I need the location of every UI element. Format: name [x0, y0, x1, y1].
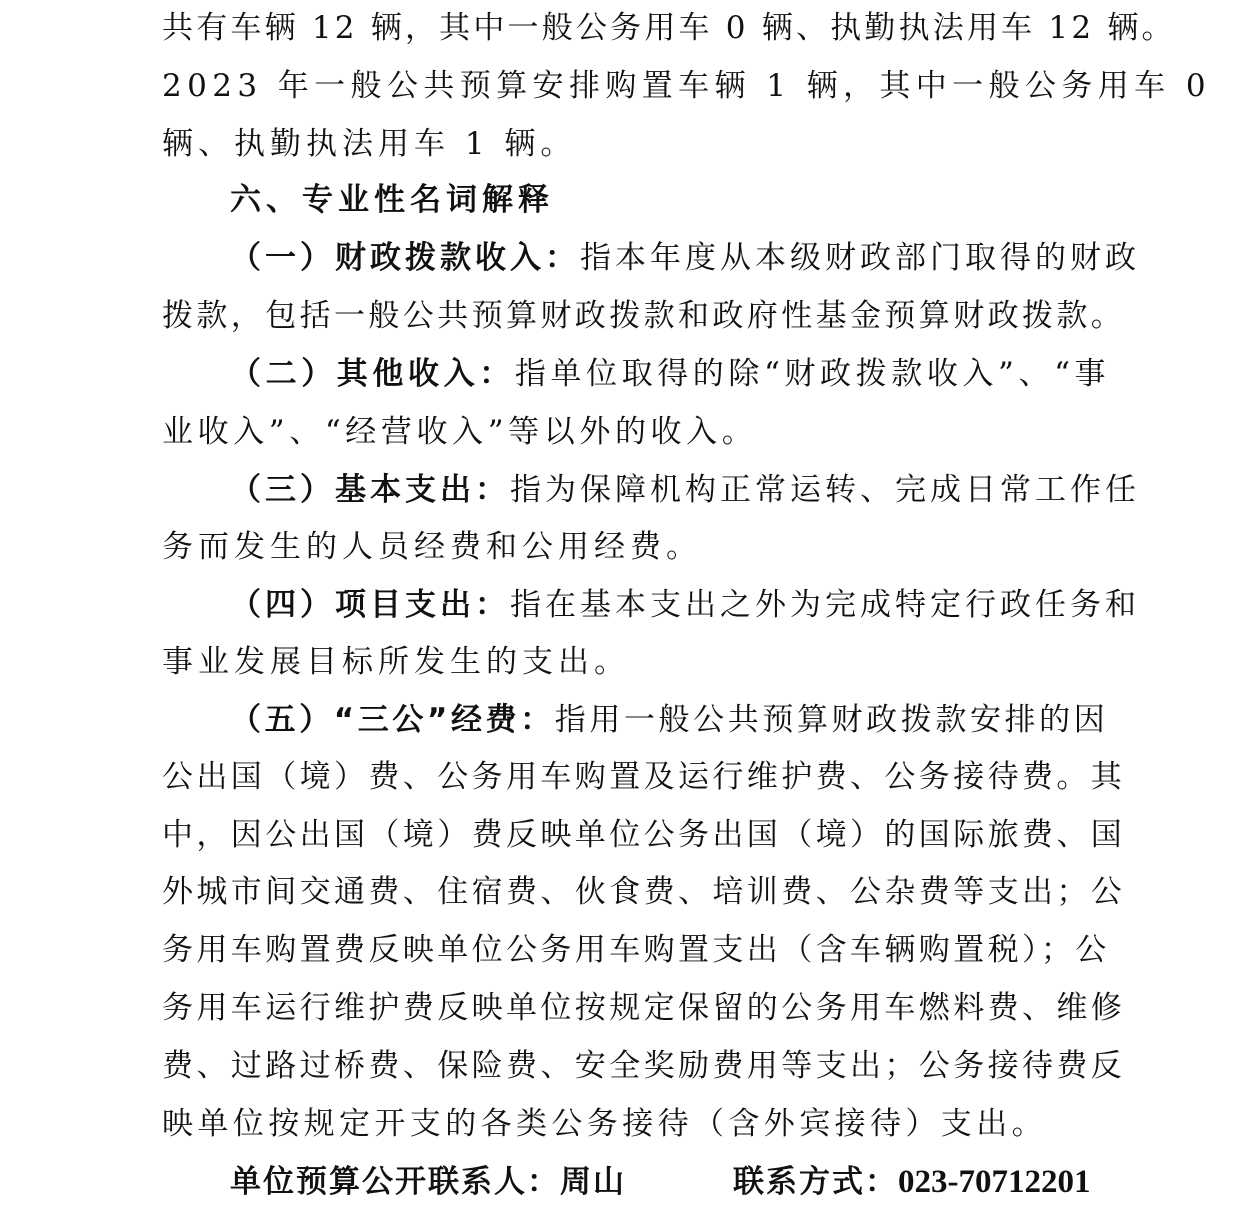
term-5-line-6: 务用车运行维护费反映单位按规定保留的公务用车燃料费、维修	[162, 988, 1080, 1028]
text-line: 共有车辆 12 辆，其中一般公务用车 0 辆、执勤执法用车 12 辆。	[162, 8, 1080, 48]
contact-name: 周山	[560, 1164, 626, 1200]
term-text: 拨款，包括一般公共预算财政拨款和政府性基金预算财政拨款。	[162, 296, 1125, 336]
section-heading-text: 六、专业性名词解释	[230, 180, 554, 220]
term-5-line-8: 映单位按规定开支的各类公务接待（含外宾接待）支出。	[162, 1104, 1080, 1144]
term-5-line-7: 费、过路过桥费、保险费、安全奖励费用等支出；公务接待费反	[162, 1046, 1080, 1086]
term-label: （一）财政拨款收入：	[230, 240, 580, 276]
term-text: 映单位按规定开支的各类公务接待（含外宾接待）支出。	[162, 1104, 1047, 1144]
term-label: （二）其他收入：	[230, 356, 515, 392]
term-text: 务而发生的人员经费和公用经费。	[162, 527, 702, 567]
term-text: 指在基本支出之外为完成特定行政任务和	[510, 587, 1140, 623]
text-line: 辆、执勤执法用车 1 辆。	[162, 124, 1080, 164]
term-3-line-1: （三）基本支出：指为保障机构正常运转、完成日常工作任	[230, 470, 1080, 510]
term-text: 中，因公出国（境）费反映单位公务出国（境）的国际旅费、国	[162, 815, 1125, 855]
term-text: 务用车购置费反映单位公务用车购置支出（含车辆购置税）；公	[162, 930, 1110, 970]
term-5-line-3: 中，因公出国（境）费反映单位公务出国（境）的国际旅费、国	[162, 815, 1080, 855]
contact-label: 单位预算公开联系人：	[230, 1164, 560, 1200]
term-4-line-1: （四）项目支出：指在基本支出之外为完成特定行政任务和	[230, 585, 1080, 625]
term-text: 务用车运行维护费反映单位按规定保留的公务用车燃料费、维修	[162, 988, 1125, 1028]
contact-phone: 联系方式：023-70712201	[733, 1162, 1091, 1202]
term-4-line-2: 事业发展目标所发生的支出。	[162, 642, 1080, 682]
term-text: 指单位取得的除“财政拨款收入”、“事	[515, 356, 1110, 392]
term-text: 指为保障机构正常运转、完成日常工作任	[510, 472, 1140, 508]
paragraph-text: 辆、执勤执法用车 1 辆。	[162, 124, 576, 164]
term-5-line-2: 公出国（境）费、公务用车购置及运行维护费、公务接待费。其	[162, 757, 1080, 797]
term-text: 事业发展目标所发生的支出。	[162, 642, 630, 682]
term-label: （三）基本支出：	[230, 472, 510, 508]
paragraph-text: 共有车辆 12 辆，其中一般公务用车 0 辆、执勤执法用车 12 辆。	[162, 8, 1176, 48]
term-5-line-5: 务用车购置费反映单位公务用车购置支出（含车辆购置税）；公	[162, 930, 1080, 970]
term-text: 费、过路过桥费、保险费、安全奖励费用等支出；公务接待费反	[162, 1046, 1125, 1086]
term-3-line-2: 务而发生的人员经费和公用经费。	[162, 527, 1080, 567]
term-text: 外城市间交通费、住宿费、伙食费、培训费、公杂费等支出；公	[162, 872, 1125, 912]
term-1-line-1: （一）财政拨款收入：指本年度从本级财政部门取得的财政	[230, 238, 1080, 278]
term-text: 公出国（境）费、公务用车购置及运行维护费、公务接待费。其	[162, 757, 1125, 797]
term-text: 指用一般公共预算财政拨款安排的因	[555, 702, 1109, 738]
phone-label: 联系方式：	[733, 1164, 898, 1200]
term-text: 业收入”、“经营收入”等以外的收入。	[162, 412, 757, 452]
term-2-line-1: （二）其他收入：指单位取得的除“财政拨款收入”、“事	[230, 354, 1080, 394]
term-5-line-4: 外城市间交通费、住宿费、伙食费、培训费、公杂费等支出；公	[162, 872, 1080, 912]
term-label: （四）项目支出：	[230, 587, 510, 623]
text-line: 2023 年一般公共预算安排购置车辆 1 辆，其中一般公务用车 0	[162, 66, 1080, 106]
term-text: 指本年度从本级财政部门取得的财政	[580, 240, 1140, 276]
term-1-line-2: 拨款，包括一般公共预算财政拨款和政府性基金预算财政拨款。	[162, 296, 1080, 336]
section-heading: 六、专业性名词解释	[230, 180, 1080, 220]
term-2-line-2: 业收入”、“经营收入”等以外的收入。	[162, 412, 1080, 452]
contact-person: 单位预算公开联系人：周山	[230, 1162, 626, 1202]
paragraph-text: 2023 年一般公共预算安排购置车辆 1 辆，其中一般公务用车 0	[162, 66, 1211, 106]
phone-number: 023-70712201	[898, 1164, 1091, 1200]
term-label: （五）“三公”经费：	[230, 702, 555, 738]
term-5-line-1: （五）“三公”经费：指用一般公共预算财政拨款安排的因	[230, 700, 1080, 740]
